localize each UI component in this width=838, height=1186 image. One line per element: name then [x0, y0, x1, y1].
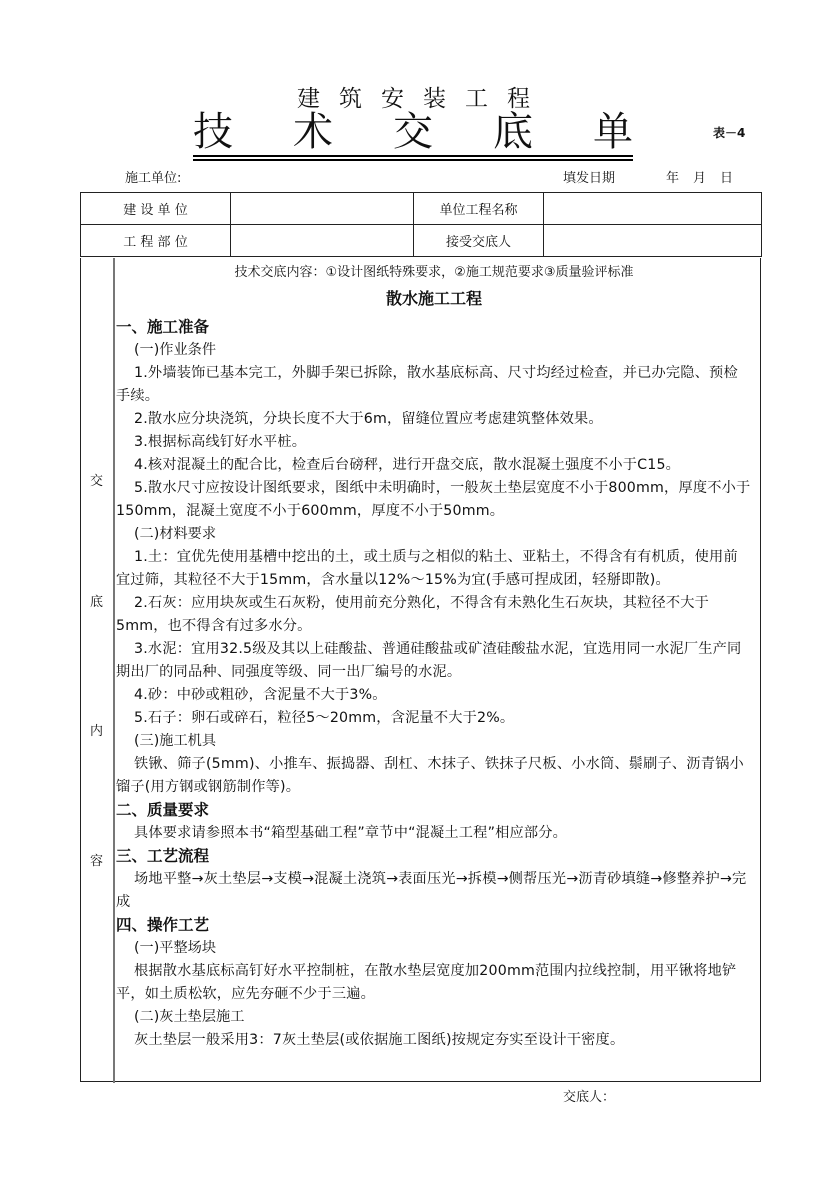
paragraph: 场地平整→灰土垫层→支模→混凝土浇筑→表面压光→拆模→侧帮压光→沥青砂填缝→修整… [116, 868, 752, 914]
issue-date-label: 填发日期 [563, 167, 615, 186]
paragraph: 灰土垫层一般采用3：7灰土垫层(或依据施工图纸)按规定夯实至设计干密度。 [116, 1029, 752, 1052]
paragraph: 具体要求请参照本书“箱型基础工程”章节中“混凝土工程”相应部分。 [116, 822, 752, 845]
paragraph: 3.根据标高线钉好水平桩。 [116, 431, 752, 454]
section-heading: 一、施工准备 [116, 316, 752, 339]
paragraph: 铁锹、筛子(5mm)、小推车、振捣器、刮杠、木抹子、铁抹子尺板、小水筒、鬃刷子、… [116, 753, 752, 799]
section-heading: 三、工艺流程 [116, 845, 752, 868]
side-label-char: 交 [80, 470, 113, 489]
title-char: 交 [393, 110, 433, 154]
signer-label: 交底人： [563, 1086, 615, 1105]
section-heading: 四、操作工艺 [116, 914, 752, 937]
document-title: 技 术 交 底 单 [193, 110, 633, 154]
disclosure-content: 技术交底内容：①设计图纸特殊要求，②施工规范要求③质量验评标准 散水施工工程 一… [116, 262, 752, 1052]
paragraph: 2.石灰：应用块灰或生石灰粉，使用前充分熟化，不得含有未熟化生石灰块，其粒径不大… [116, 592, 752, 638]
title-char: 术 [293, 110, 333, 154]
paragraph: 1.土：宜优先使用基槽中挖出的土，或土质与之相似的粘土、亚粘土，不得含有有机质，… [116, 546, 752, 592]
side-label-char: 容 [80, 850, 113, 869]
side-label-column: 交 底 内 容 [80, 258, 115, 1083]
content-intro: 技术交底内容：①设计图纸特殊要求，②施工规范要求③质量验评标准 [116, 262, 752, 284]
form-number: 表－4 [713, 124, 745, 141]
paragraph: 4.砂：中砂或粗砂，含泥量不大于3%。 [116, 684, 752, 707]
field-recipient[interactable] [544, 225, 762, 257]
label-project-part: 工 程 部 位 [81, 225, 231, 257]
paragraph: 2.散水应分块浇筑，分块长度不大于6m，留缝位置应考虑建筑整体效果。 [116, 408, 752, 431]
label-project-name: 单位工程名称 [414, 193, 544, 225]
field-project-name[interactable] [544, 193, 762, 225]
paragraph: 1.外墙装饰已基本完工，外脚手架已拆除，散水基底标高、尺寸均经过检查，并已办完隐… [116, 362, 752, 408]
subsection-heading: (二)灰土垫层施工 [116, 1006, 752, 1029]
construction-unit-label: 施工单位: [125, 167, 181, 186]
subsection-heading: (一)平整场块 [116, 937, 752, 960]
content-title: 散水施工工程 [116, 284, 752, 314]
label-construction-unit: 建 设 单 位 [81, 193, 231, 225]
paragraph: 根据散水基底标高钉好水平控制桩，在散水垫层宽度加200mm范围内拉线控制，用平锹… [116, 960, 752, 1006]
title-char: 底 [493, 110, 533, 154]
paragraph: 5.石子：卵石或碎石，粒径5～20mm，含泥量不大于2%。 [116, 707, 752, 730]
content-sections: 一、施工准备(一)作业条件1.外墙装饰已基本完工，外脚手架已拆除，散水基底标高、… [116, 316, 752, 1052]
side-label-char: 内 [80, 720, 113, 739]
info-table: 建 设 单 位 单位工程名称 工 程 部 位 接受交底人 [80, 192, 762, 257]
info-row-construction-unit: 建 设 单 位 单位工程名称 [81, 193, 762, 225]
date-month: 月 [693, 167, 706, 186]
info-row-project-part: 工 程 部 位 接受交底人 [81, 225, 762, 257]
label-recipient: 接受交底人 [414, 225, 544, 257]
subsection-heading: (一)作业条件 [116, 339, 752, 362]
title-char: 单 [593, 110, 633, 154]
paragraph: 3.水泥：宜用32.5级及其以上硅酸盐、普通硅酸盐或矿渣硅酸盐水泥，宜选用同一水… [116, 638, 752, 684]
date-day: 日 [720, 167, 733, 186]
subsection-heading: (三)施工机具 [116, 730, 752, 753]
subsection-heading: (二)材料要求 [116, 523, 752, 546]
field-project-part[interactable] [231, 225, 414, 257]
title-char: 技 [193, 110, 233, 154]
section-heading: 二、质量要求 [116, 799, 752, 822]
field-construction-unit[interactable] [231, 193, 414, 225]
paragraph: 4.核对混凝土的配合比，检查后台磅秤，进行开盘交底，散水混凝土强度不小于C15。 [116, 454, 752, 477]
title-double-underline [193, 155, 633, 161]
date-year: 年 [666, 167, 679, 186]
paragraph: 5.散水尺寸应按设计图纸要求，图纸中未明确时，一般灰土垫层宽度不小于800mm，… [116, 477, 752, 523]
side-label-char: 底 [80, 591, 113, 610]
